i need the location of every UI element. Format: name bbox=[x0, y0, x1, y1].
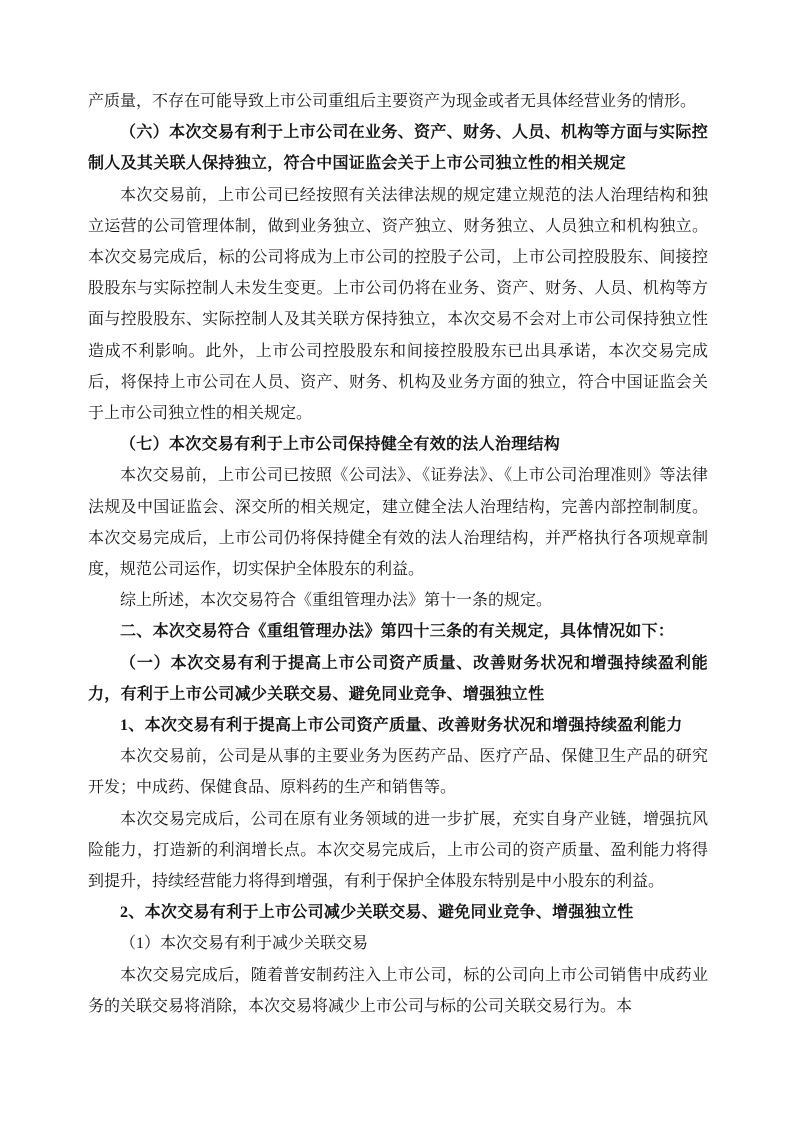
paragraph-conclusion-article-11: 综上所述，本次交易符合《重组管理办法》第十一条的规定。 bbox=[88, 585, 708, 616]
paragraph-business-after: 本次交易完成后，公司在原有业务领域的进一步扩展，充实自身产业链，增强抗风险能力，… bbox=[88, 804, 708, 898]
heading-part-2: 二、本次交易符合《重组管理办法》第四十三条的有关规定，具体情况如下： bbox=[88, 616, 708, 647]
subheading-related-transactions: （1）本次交易有利于减少关联交易 bbox=[88, 928, 708, 959]
heading-section-7: （七）本次交易有利于上市公司保持健全有效的法人治理结构 bbox=[88, 429, 708, 460]
heading-item-1: （一）本次交易有利于提高上市公司资产质量、改善财务状况和增强持续盈利能力，有利于… bbox=[88, 648, 708, 710]
document-page: 产质量，不存在可能导致上市公司重组后主要资产为现金或者无具体经营业务的情形。 （… bbox=[0, 0, 793, 1122]
paragraph-continuation: 产质量，不存在可能导致上市公司重组后主要资产为现金或者无具体经营业务的情形。 bbox=[88, 86, 708, 117]
paragraph-business-before: 本次交易前，公司是从事的主要业务为医药产品、医疗产品、保健卫生产品的研究开发；中… bbox=[88, 741, 708, 803]
paragraph-related-transactions: 本次交易完成后，随着普安制药注入上市公司，标的公司向上市公司销售中成药业务的关联… bbox=[88, 960, 708, 1022]
paragraph-independence: 本次交易前，上市公司已经按照有关法律法规的规定建立规范的法人治理结构和独立运营的… bbox=[88, 180, 708, 430]
heading-subitem-1: 1、本次交易有利于提高上市公司资产质量、改善财务状况和增强持续盈利能力 bbox=[88, 710, 708, 741]
paragraph-governance: 本次交易前，上市公司已按照《公司法》、《证券法》、《上市公司治理准则》等法律法规… bbox=[88, 460, 708, 585]
heading-section-6: （六）本次交易有利于上市公司在业务、资产、财务、人员、机构等方面与实际控制人及其… bbox=[88, 117, 708, 179]
heading-subitem-2: 2、本次交易有利于上市公司减少关联交易、避免同业竞争、增强独立性 bbox=[88, 897, 708, 928]
document-content: 产质量，不存在可能导致上市公司重组后主要资产为现金或者无具体经营业务的情形。 （… bbox=[88, 86, 708, 1022]
